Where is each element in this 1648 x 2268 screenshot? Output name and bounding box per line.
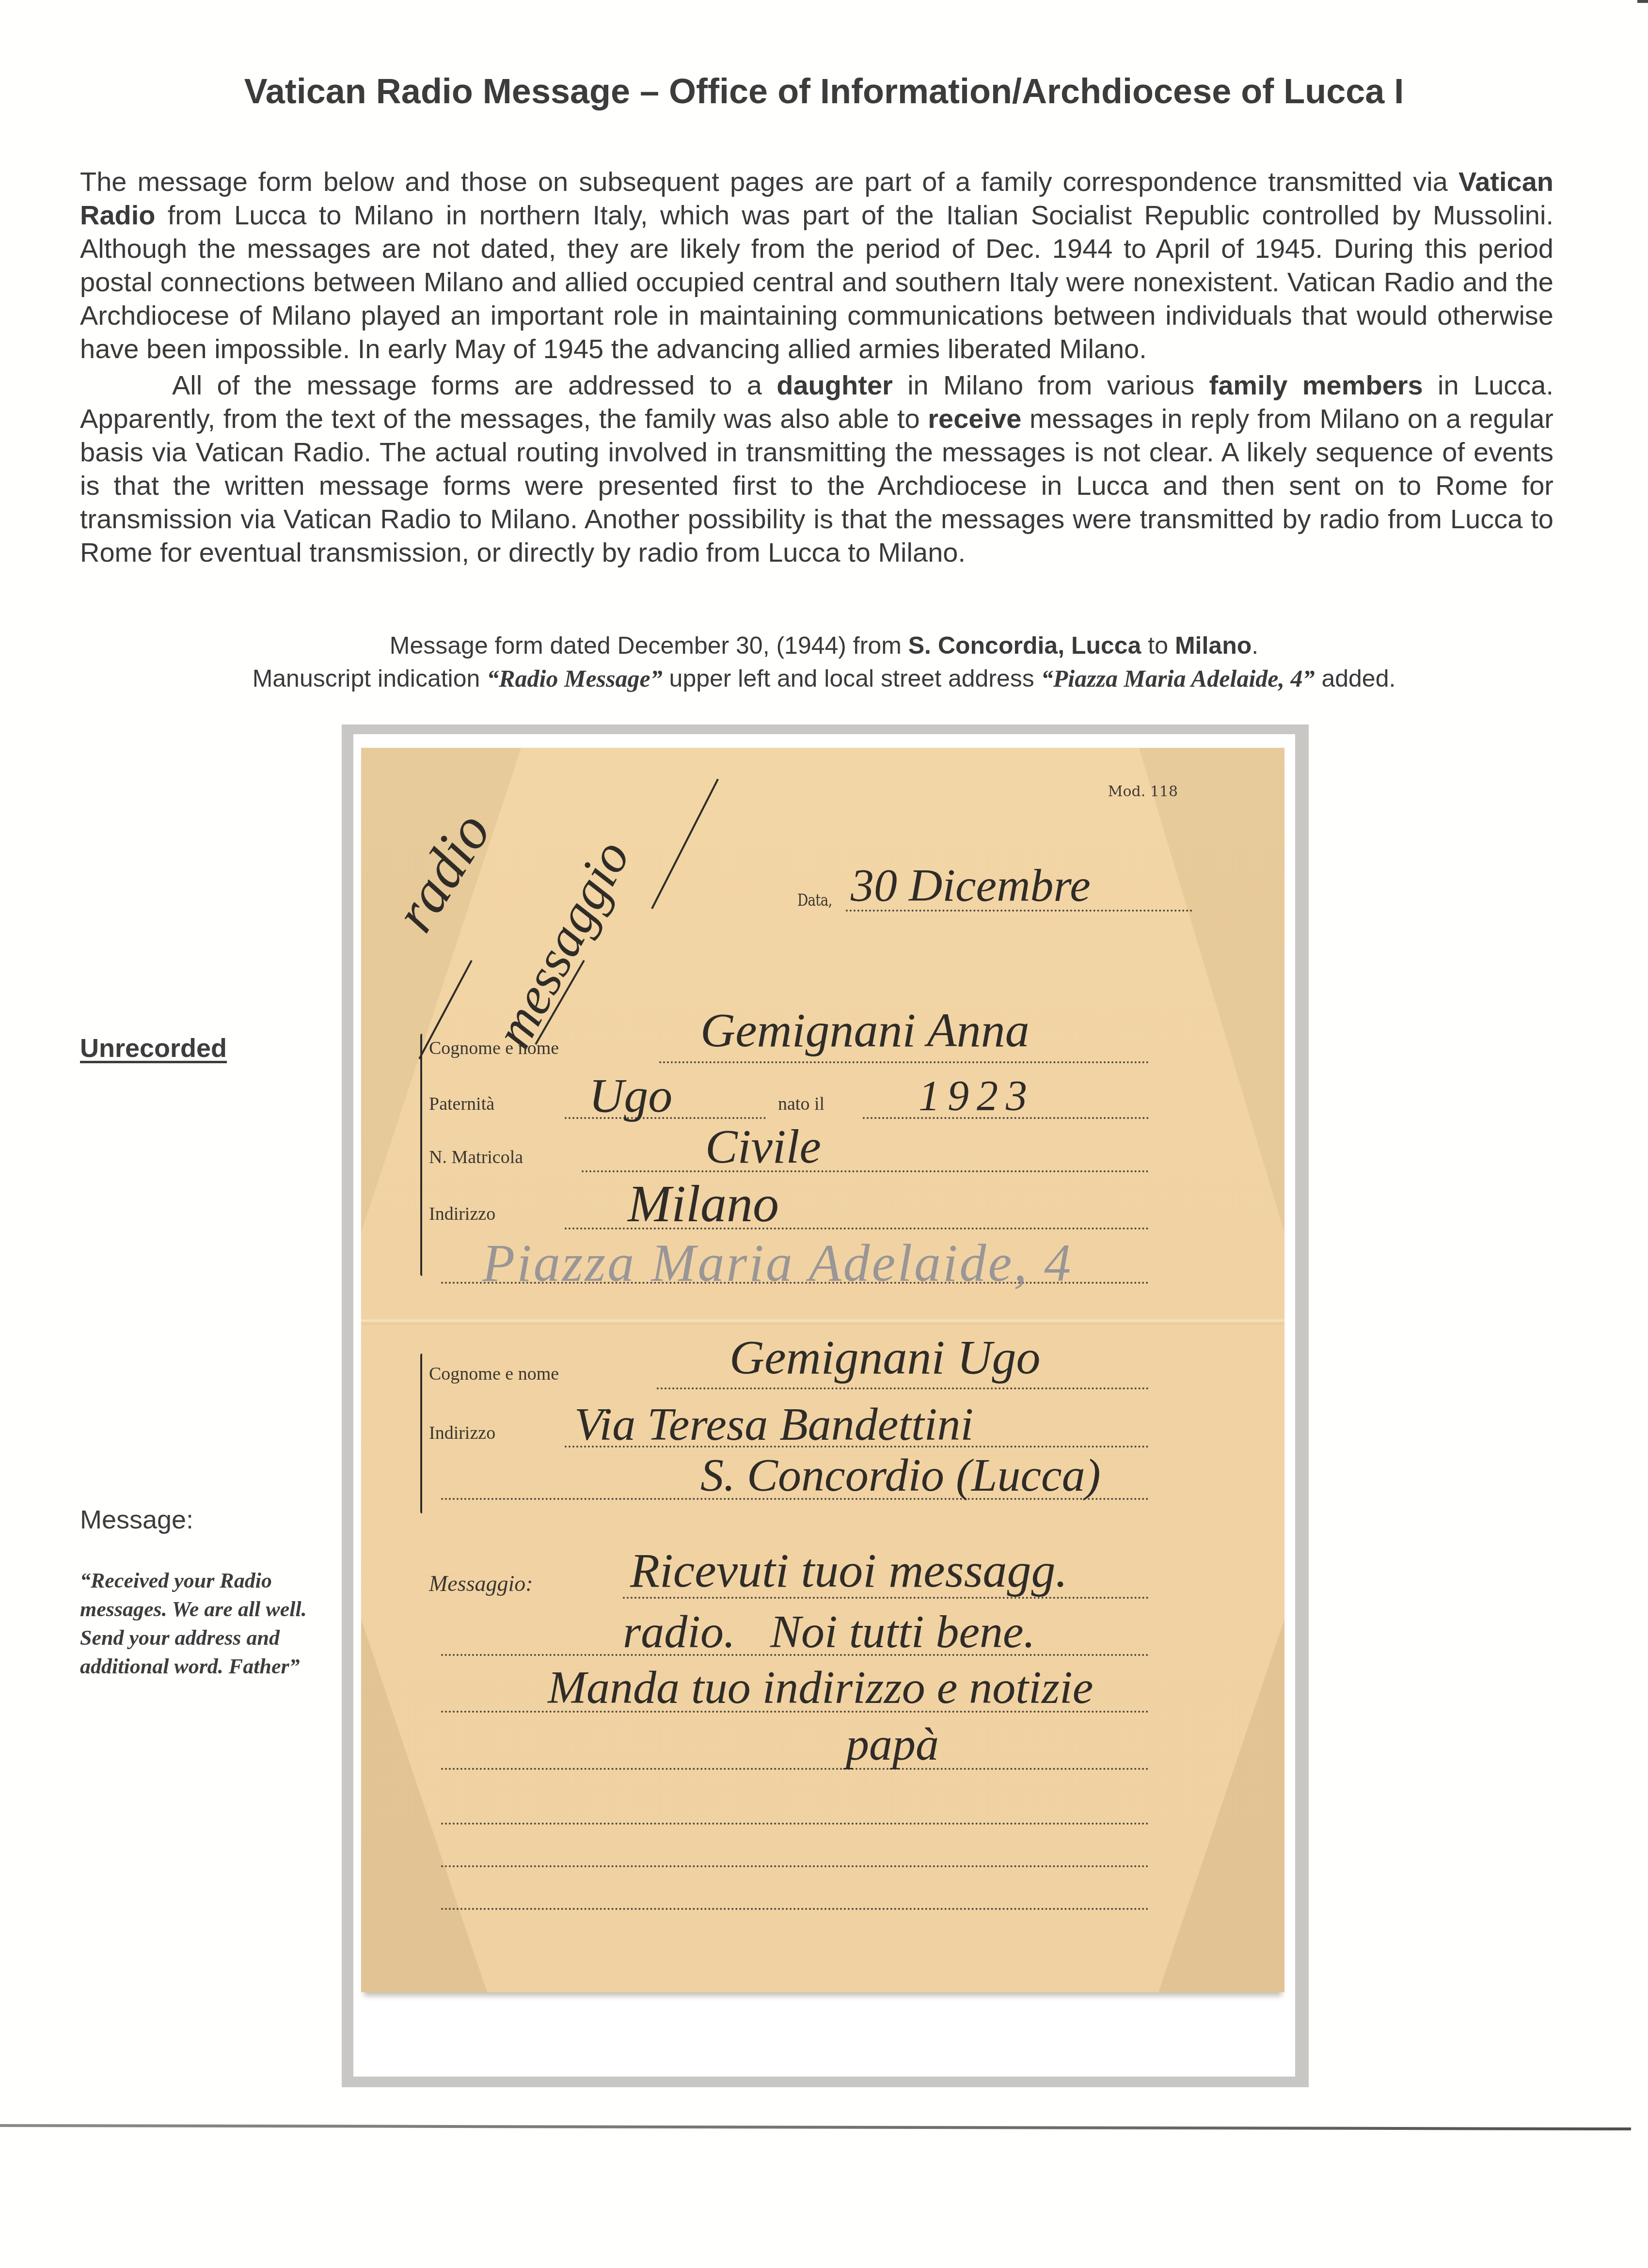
recipient-name-line bbox=[659, 1061, 1149, 1063]
matricola-line bbox=[582, 1170, 1149, 1172]
paper-crease bbox=[361, 1320, 1284, 1324]
message-line-3-text: Manda tuo indirizzo e notizie bbox=[548, 1660, 1093, 1714]
scan-corner-mark bbox=[1637, 0, 1648, 3]
form-model-number: Mod. 118 bbox=[1108, 783, 1178, 800]
message-translation: “Received your Radio messages. We are al… bbox=[80, 1566, 332, 1681]
intro-text: The message form below and those on subs… bbox=[80, 165, 1553, 569]
paternity-value: Ugo bbox=[589, 1068, 672, 1123]
message-line-4 bbox=[441, 1768, 1149, 1770]
form-message-label: Messaggio: bbox=[429, 1571, 533, 1596]
fold-shadow bbox=[1139, 748, 1284, 1232]
fold-shadow bbox=[1158, 1619, 1284, 1992]
fold-shadow bbox=[361, 1619, 487, 1992]
message-line-6 bbox=[441, 1865, 1149, 1867]
recipient-bracket bbox=[420, 1034, 422, 1276]
message-line-1-text: Ricevuti tuoi messagg. bbox=[630, 1543, 1068, 1598]
annotation-underline bbox=[651, 779, 719, 909]
matricola-value: Civile bbox=[705, 1118, 821, 1174]
recipient-address-value: Milano bbox=[628, 1174, 779, 1234]
recipient-name-value: Gemignani Anna bbox=[700, 1002, 1030, 1058]
date-label: Data, bbox=[797, 891, 832, 910]
status-unrecorded: Unrecorded bbox=[80, 1033, 227, 1063]
message-line-5 bbox=[441, 1823, 1149, 1825]
annotation-radio: radio bbox=[380, 801, 504, 943]
paternity-label: Paternità bbox=[429, 1093, 494, 1115]
annotation-messaggio: messaggio bbox=[482, 830, 642, 1058]
page-title: Vatican Radio Message – Office of Inform… bbox=[0, 72, 1648, 111]
message-line-7 bbox=[441, 1908, 1149, 1910]
date-value: 30 Dicembre bbox=[851, 858, 1091, 912]
sender-address-label: Indirizzo bbox=[429, 1422, 495, 1444]
sender-name-line bbox=[657, 1387, 1149, 1389]
page-bottom-rule bbox=[0, 2124, 1631, 2130]
sender-name-value: Gemignani Ugo bbox=[729, 1329, 1041, 1385]
recipient-address-label: Indirizzo bbox=[429, 1203, 495, 1225]
radio-message-form: Mod. 118 radio messaggio Data, 30 Dicemb… bbox=[361, 748, 1284, 1992]
caption-line-1: Message form dated December 30, (1944) f… bbox=[0, 629, 1648, 662]
message-line-4-text: papà bbox=[846, 1717, 939, 1771]
form-caption: Message form dated December 30, (1944) f… bbox=[0, 629, 1648, 695]
matricola-label: N. Matricola bbox=[429, 1147, 523, 1168]
sender-address-line-1: Via Teresa Bandettini bbox=[574, 1397, 973, 1451]
caption-line-2: Manuscript indication “Radio Message” up… bbox=[0, 662, 1648, 695]
message-label: Message: bbox=[80, 1505, 193, 1535]
recipient-address-added: Piazza Maria Adelaide, 4 bbox=[482, 1232, 1073, 1294]
recipient-name-label: Cognome e nome bbox=[429, 1038, 559, 1059]
born-value: 1923 bbox=[919, 1071, 1035, 1120]
intro-paragraph-2: All of the message forms are addressed t… bbox=[80, 368, 1553, 569]
sender-address-line-2: S. Concordio (Lucca) bbox=[700, 1448, 1101, 1502]
message-line-2-text: radio. Noi tutti bene. bbox=[623, 1605, 1035, 1658]
intro-paragraph-1: The message form below and those on subs… bbox=[80, 165, 1553, 365]
sender-bracket bbox=[420, 1354, 422, 1513]
born-label: nato il bbox=[778, 1093, 824, 1115]
sender-name-label: Cognome e nome bbox=[429, 1363, 559, 1385]
